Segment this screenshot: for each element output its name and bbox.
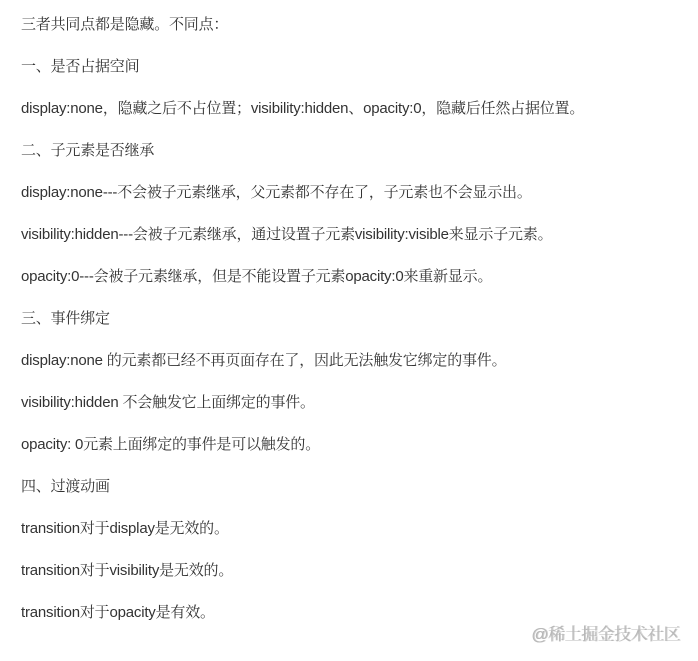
space-line-1: display:none，隐藏之后不占位置；visibility:hidden、… xyxy=(21,97,691,121)
events-line-3: opacity: 0元素上面绑定的事件是可以触发的。 xyxy=(21,433,691,457)
watermark: @稀土掘金技术社区 xyxy=(531,620,680,645)
transition-line-2: transition对于visibility是无效的。 xyxy=(21,559,691,583)
section-heading-events: 三、事件绑定 xyxy=(21,307,691,331)
transition-line-1: transition对于display是无效的。 xyxy=(21,517,691,541)
section-heading-inherit: 二、子元素是否继承 xyxy=(21,139,691,163)
section-heading-transition: 四、过渡动画 xyxy=(21,475,691,499)
inherit-line-1: display:none---不会被子元素继承，父元素都不存在了，子元素也不会显… xyxy=(21,181,691,205)
article-body: 三者共同点都是隐藏。不同点： 一、是否占据空间 display:none，隐藏之… xyxy=(21,13,691,643)
inherit-line-2: visibility:hidden---会被子元素继承，通过设置子元素visib… xyxy=(21,223,691,247)
inherit-line-3: opacity:0---会被子元素继承，但是不能设置子元素opacity:0来重… xyxy=(21,265,691,289)
events-line-2: visibility:hidden 不会触发它上面绑定的事件。 xyxy=(21,391,691,415)
events-line-1: display:none 的元素都已经不再页面存在了，因此无法触发它绑定的事件。 xyxy=(21,349,691,373)
intro-text: 三者共同点都是隐藏。不同点： xyxy=(21,13,691,37)
section-heading-space: 一、是否占据空间 xyxy=(21,55,691,79)
